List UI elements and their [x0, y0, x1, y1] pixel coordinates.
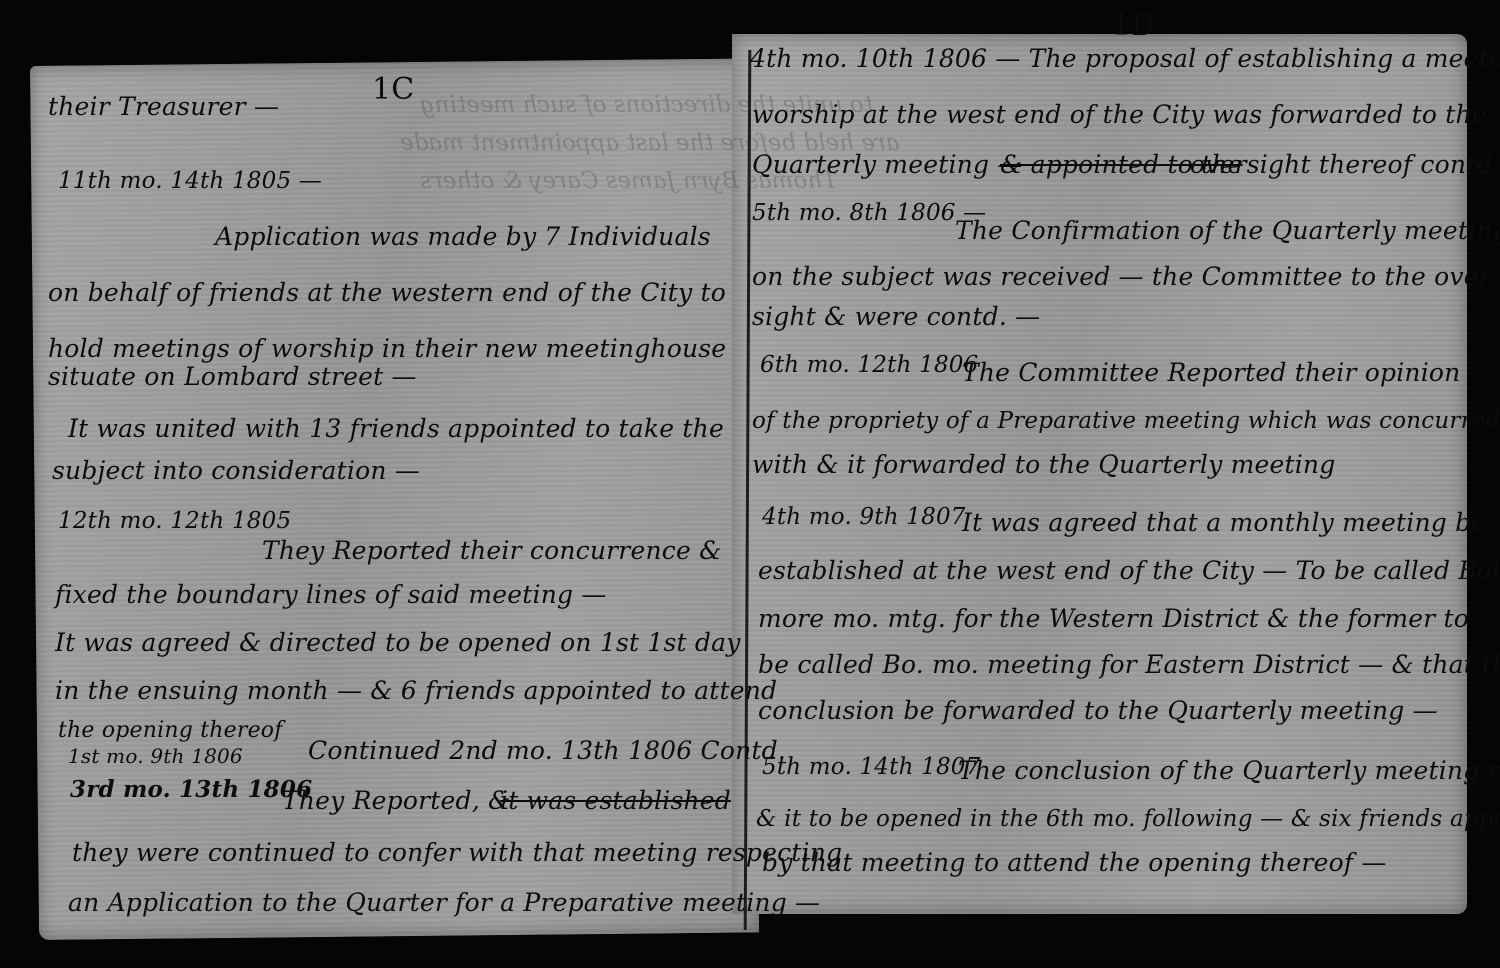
text-line: more mo. mtg. for the Western District &… — [758, 604, 1469, 633]
entry-date: 3rd mo. 13th 1806 — [70, 776, 312, 803]
entry-date: 11th mo. 14th 1805 — — [58, 168, 322, 194]
text-line: they were continued to confer with that … — [72, 838, 842, 867]
text-line: on the subject was received — the Commit… — [752, 262, 1491, 291]
text-line: sight & were contd. — — [752, 302, 1040, 331]
text-line: Continued 2nd mo. 13th 1806 Contd. — [308, 736, 786, 765]
entry-date: 6th mo. 12th 1806 — [760, 352, 978, 378]
text-line: subject into consideration — — [52, 456, 420, 485]
text-line: They Reported their concurrence & — [262, 536, 722, 565]
text-line: situate on Lombard street — — [48, 362, 417, 391]
text-line: Quarterly meeting — — [752, 150, 1023, 179]
text-line: It was agreed & directed to be opened on… — [55, 628, 741, 657]
text-line: It was agreed that a monthly meeting be — [962, 508, 1486, 537]
entry-date: 5th mo. 8th 1806 — — [752, 200, 986, 226]
text-line: with & it forwarded to the Quarterly mee… — [752, 450, 1335, 479]
text-line: their Treasurer — — [48, 92, 279, 121]
text-line: established at the west end of the City … — [758, 556, 1500, 585]
entry-date: 4th mo. 9th 1807 — [762, 504, 966, 530]
text-line: The conclusion of the Quarterly meeting … — [958, 756, 1500, 785]
text-line: Application was made by 7 Individuals — [215, 222, 711, 251]
entry-date: 12th mo. 12th 1805 — [58, 508, 291, 534]
text-line: fixed the boundary lines of said meeting… — [55, 580, 607, 609]
text-line: be called Bo. mo. meeting for Eastern Di… — [758, 650, 1500, 679]
text-line: The Committee Reported their opinion — [962, 358, 1460, 387]
entry-date: 1st mo. 9th 1806 — [68, 744, 243, 768]
text-line: by that meeting to attend the opening th… — [762, 848, 1387, 877]
text-line: & it to be opened in the 6th mo. followi… — [756, 806, 1500, 832]
text-line: hold meetings of worship in their new me… — [48, 334, 726, 363]
text-line: on behalf of friends at the western end … — [48, 278, 726, 307]
struck-text: it was established — [500, 786, 731, 815]
text-line: The Confirmation of the Quarterly meetin… — [955, 216, 1500, 245]
page-label-right: 1D — [1112, 8, 1156, 43]
entry-date: 5th mo. 14th 1807 — [762, 754, 980, 780]
text-line: 4th mo. 10th 1806 — The proposal of esta… — [750, 44, 1500, 73]
text-line: in the ensuing month — & 6 friends appoi… — [55, 676, 777, 705]
page-label-left: 1C — [372, 72, 414, 107]
text-line: It was united with 13 friends appointed … — [68, 414, 724, 443]
text-line: an Application to the Quarter for a Prep… — [68, 888, 820, 917]
text-line: of the propriety of a Preparative meetin… — [752, 408, 1500, 434]
text-line: They Reported, & — [282, 786, 510, 815]
text-line: the opening thereof — [58, 718, 283, 743]
text-line: oversight thereof contd — — [1190, 150, 1500, 179]
text-line: conclusion be forwarded to the Quarterly… — [758, 696, 1438, 725]
text-line: worship at the west end of the City was … — [752, 100, 1487, 129]
